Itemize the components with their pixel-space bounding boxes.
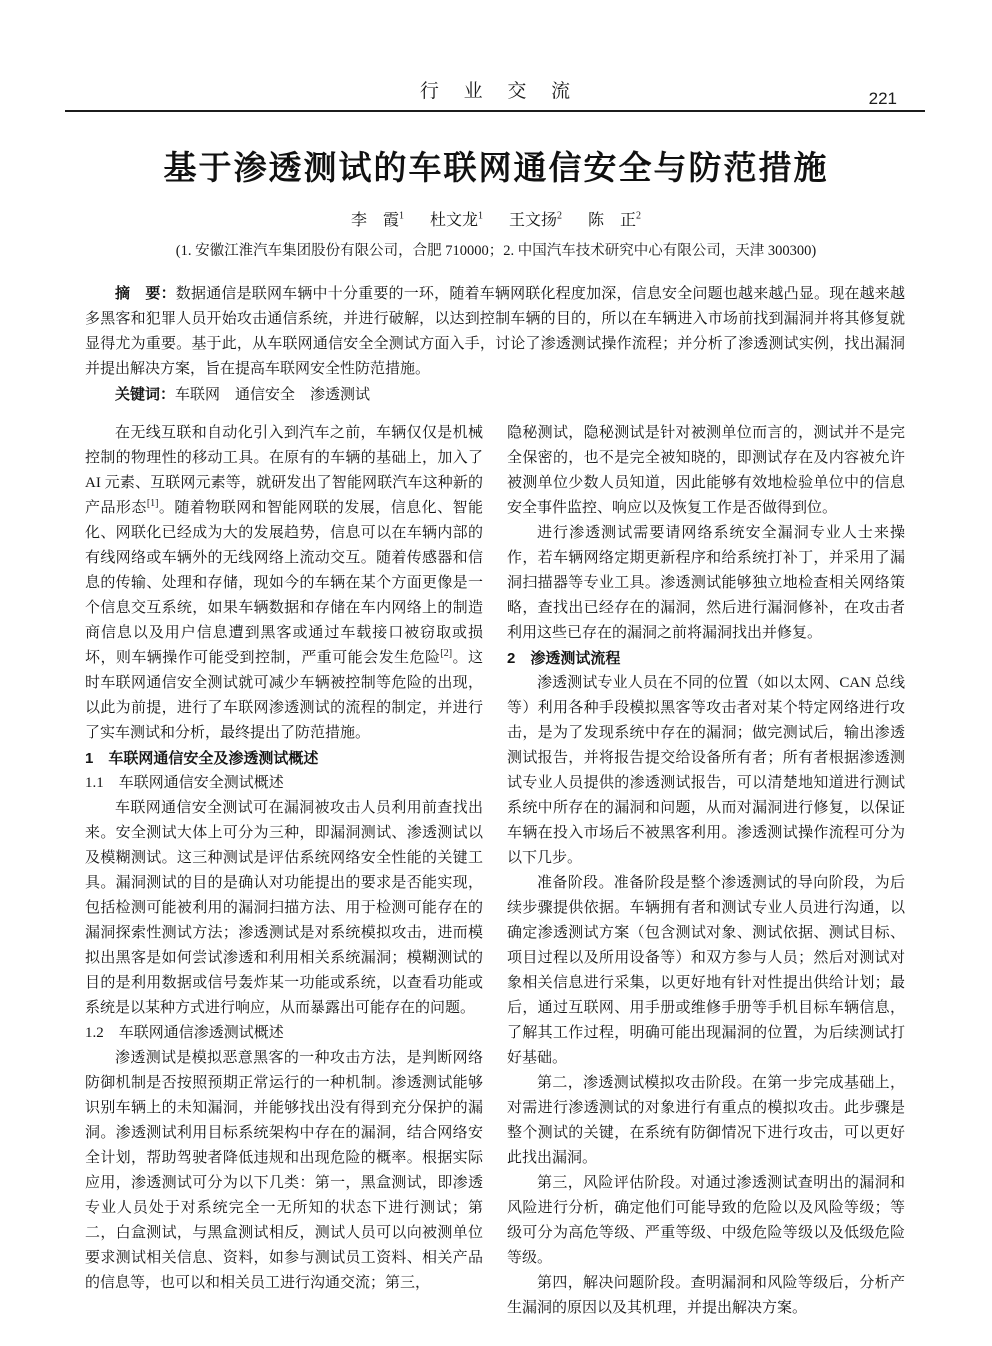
right-column: 隐秘测试，隐秘测试是针对被测单位而言的，测试并不是完全保密的，也不是完全被知晓的… bbox=[507, 421, 905, 1321]
subsection-heading: 1.2 车联网通信渗透测试概述 bbox=[85, 1021, 483, 1046]
author: 王文扬2 bbox=[509, 212, 562, 229]
body-columns: 在无线互联和自动化引入到汽车之前，车辆仅仅是机械控制的物理性的移动工具。在原有的… bbox=[85, 421, 905, 1321]
citation-ref: [2] bbox=[440, 648, 452, 659]
page-number: 221 bbox=[869, 89, 897, 109]
author-superscript: 2 bbox=[636, 211, 641, 222]
affiliation-line: (1. 安徽江淮汽车集团股份有限公司，合肥 710000；2. 中国汽车技术研究… bbox=[0, 239, 992, 260]
subsection-heading: 1.1 车联网通信安全测试概述 bbox=[85, 771, 483, 796]
section-heading: 2 渗透测试流程 bbox=[507, 646, 905, 671]
body-paragraph: 准备阶段。准备阶段是整个渗透测试的导向阶段，为后续步骤提供依据。车辆拥有者和测试… bbox=[507, 871, 905, 1071]
author: 杜文龙1 bbox=[430, 212, 483, 229]
author-superscript: 2 bbox=[557, 211, 562, 222]
section-heading: 1 车联网通信安全及渗透测试概述 bbox=[85, 746, 483, 771]
body-paragraph: 渗透测试是模拟恶意黑客的一种攻击方法，是判断网络防御机制是否按照预期正常运行的一… bbox=[85, 1046, 483, 1296]
keywords: 关键词：车联网 通信安全 渗透测试 bbox=[85, 382, 905, 408]
authors-line: 李 霞1杜文龙1王文扬2陈 正2 bbox=[0, 207, 992, 230]
author: 李 霞1 bbox=[351, 212, 404, 229]
body-paragraph: 第二，渗透测试模拟攻击阶段。在第一步完成基础上，对需进行渗透测试的对象进行有重点… bbox=[507, 1071, 905, 1171]
abstract-label: 摘 要： bbox=[115, 285, 176, 302]
body-paragraph: 隐秘测试，隐秘测试是针对被测单位而言的，测试并不是完全保密的，也不是完全被知晓的… bbox=[507, 421, 905, 521]
page-header: 行 业 交 流 221 bbox=[65, 0, 925, 112]
citation-ref: [1] bbox=[147, 498, 159, 509]
abstract-text: 数据通信是联网车辆中十分重要的一环，随着车辆网联化程度加深，信息安全问题也越来越… bbox=[85, 286, 905, 377]
body-paragraph: 渗透测试专业人员在不同的位置（如以太网、CAN 总线等）利用各种手段模拟黑客等攻… bbox=[507, 671, 905, 871]
body-paragraph: 车联网通信安全测试可在漏洞被攻击人员利用前查找出来。安全测试大体上可分为三种，即… bbox=[85, 796, 483, 1021]
body-paragraph: 进行渗透测试需要请网络系统安全漏洞专业人士来操作，若车辆网络定期更新程序和给系统… bbox=[507, 521, 905, 646]
keywords-text: 车联网 通信安全 渗透测试 bbox=[175, 387, 370, 403]
author-superscript: 1 bbox=[478, 211, 483, 222]
author-superscript: 1 bbox=[399, 211, 404, 222]
paper-title: 基于渗透测试的车联网通信安全与防范措施 bbox=[60, 142, 932, 189]
body-paragraph: 第三，风险评估阶段。对通过渗透测试查明出的漏洞和风险进行分析，确定他们可能导致的… bbox=[507, 1171, 905, 1271]
abstract: 摘 要：数据通信是联网车辆中十分重要的一环，随着车辆网联化程度加深，信息安全问题… bbox=[85, 281, 905, 382]
journal-section-title: 行 业 交 流 bbox=[65, 76, 925, 103]
body-paragraph: 第四，解决问题阶段。查明漏洞和风险等级后，分析产生漏洞的原因以及其机理，并提出解… bbox=[507, 1271, 905, 1321]
paper-page: 行 业 交 流 221 基于渗透测试的车联网通信安全与防范措施 李 霞1杜文龙1… bbox=[0, 0, 992, 1346]
body-paragraph: 在无线互联和自动化引入到汽车之前，车辆仅仅是机械控制的物理性的移动工具。在原有的… bbox=[85, 421, 483, 746]
left-column: 在无线互联和自动化引入到汽车之前，车辆仅仅是机械控制的物理性的移动工具。在原有的… bbox=[85, 421, 483, 1321]
author: 陈 正2 bbox=[588, 212, 641, 229]
keywords-label: 关键词： bbox=[115, 386, 175, 403]
